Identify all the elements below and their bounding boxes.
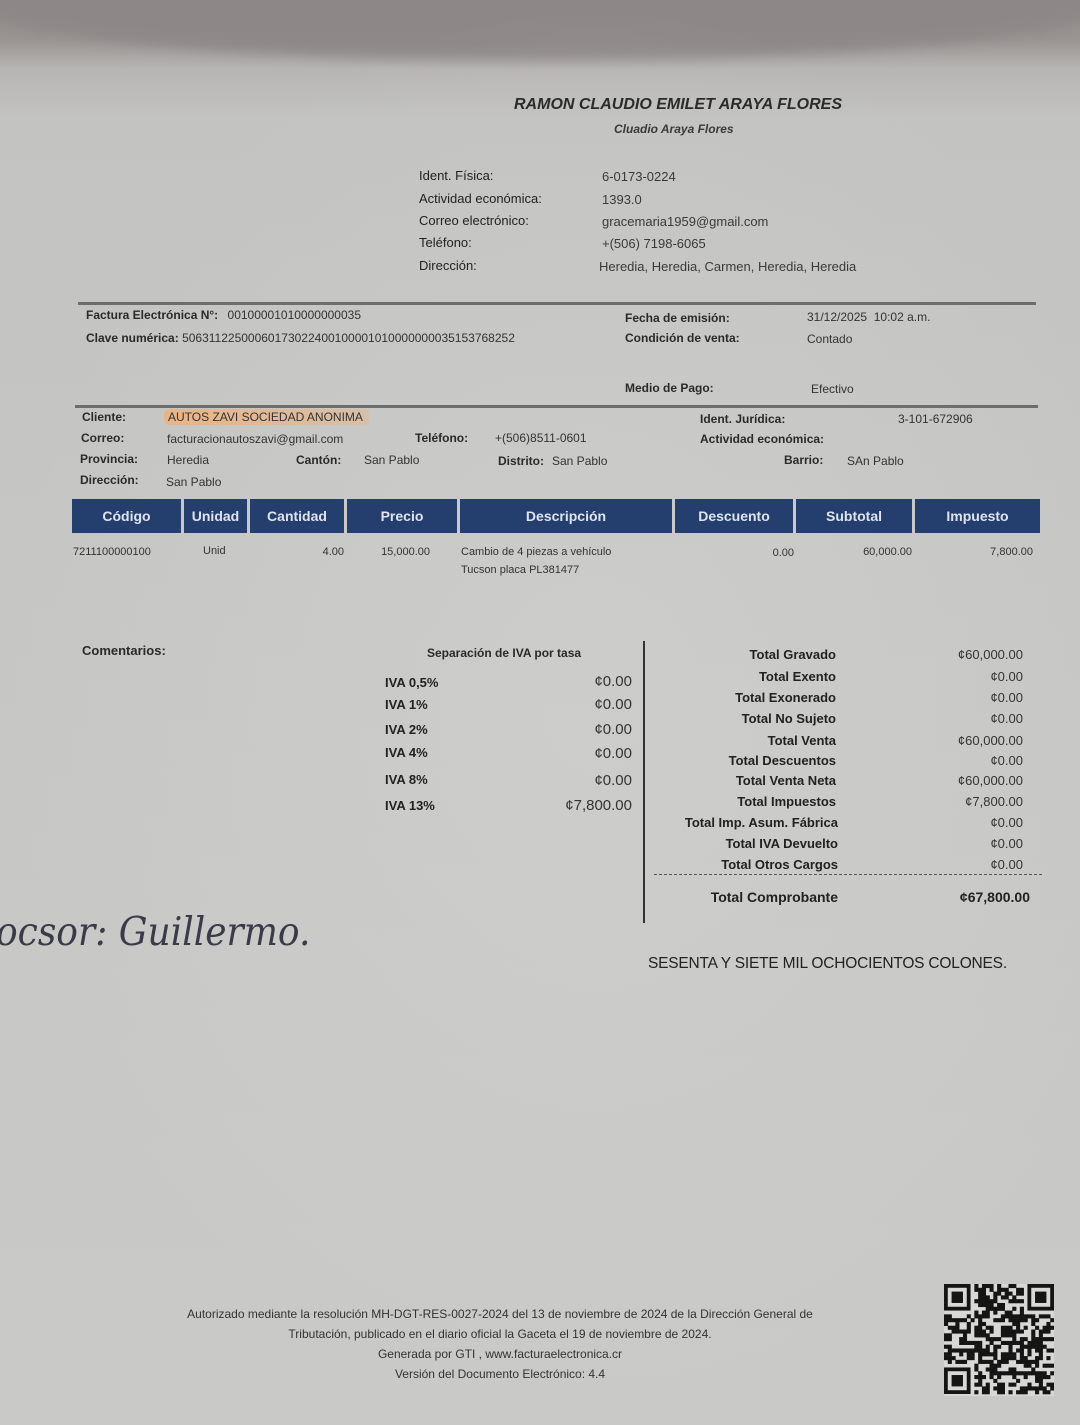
issuer-id-label: Ident. Física: xyxy=(419,168,493,183)
dashed-divider xyxy=(654,874,1042,875)
comments-label: Comentarios: xyxy=(82,643,166,658)
footer-line1: Autorizado mediante la resolución MH-DGT… xyxy=(140,1307,860,1321)
issuer-phone-label: Teléfono: xyxy=(419,235,472,250)
item-code: 7211100000100 xyxy=(73,546,151,558)
client-phone-label: Teléfono: xyxy=(415,431,468,445)
col-header-quantity: Cantidad xyxy=(250,499,344,533)
client-district-label: Distrito: xyxy=(498,454,544,468)
iva-rate-label: IVA 1% xyxy=(385,697,428,712)
footer-line3: Generada por GTI , www.facturaelectronic… xyxy=(140,1347,860,1361)
issuer-trade-name: Cluadio Araya Flores xyxy=(614,122,734,136)
invoice-key-label: Clave numérica: xyxy=(86,331,179,345)
handwritten-note: ocsor: Guillermo. xyxy=(0,910,310,955)
client-legal-id: 3-101-672906 xyxy=(898,412,973,426)
footer-line4: Versión del Documento Electrónico: 4.4 xyxy=(140,1367,860,1381)
client-address-label: Dirección: xyxy=(80,473,139,487)
date-label: Fecha de emisión: xyxy=(625,311,730,325)
client-email: facturacionautoszavi@gmail.com xyxy=(167,432,343,446)
client-province: Heredia xyxy=(167,453,209,467)
condition-value: Contado xyxy=(807,332,852,346)
footer-line2: Tributación, publicado en el diario ofic… xyxy=(140,1327,860,1341)
client-canton: San Pablo xyxy=(364,453,419,467)
total-value: ¢0.00 xyxy=(873,711,1023,726)
issuer-name: RAMON CLAUDIO EMILET ARAYA FLORES xyxy=(514,96,842,114)
date-value: 31/12/2025 10:02 a.m. xyxy=(807,310,930,324)
client-legal-id-label: Ident. Jurídica: xyxy=(700,412,785,426)
total-in-words: SESENTA Y SIETE MIL OCHOCIENTOS COLONES. xyxy=(648,955,1007,973)
issuer-email-label: Correo electrónico: xyxy=(419,213,529,228)
col-header-code: Código xyxy=(72,499,181,533)
item-subtotal: 60,000.00 xyxy=(830,546,912,558)
client-province-label: Provincia: xyxy=(80,452,138,466)
issuer-activity-value: 1393.0 xyxy=(602,192,642,207)
qr-code-icon xyxy=(944,1284,1054,1396)
invoice-key-row: Clave numérica: 506311225000601730224001… xyxy=(86,331,515,345)
total-label: Total Descuentos xyxy=(586,753,836,768)
client-phone: +(506)8511-0601 xyxy=(495,431,587,445)
payment-value: Efectivo xyxy=(811,382,854,396)
total-label: Total Venta Neta xyxy=(586,773,836,788)
col-header-discount: Descuento xyxy=(675,499,793,533)
item-description-line1: Cambio de 4 piezas a vehículo xyxy=(461,546,611,558)
divider-top xyxy=(78,302,1036,305)
total-value: ¢0.00 xyxy=(873,690,1023,705)
total-value: ¢60,000.00 xyxy=(873,647,1023,662)
total-value: ¢0.00 xyxy=(873,815,1023,830)
invoice-key: 5063112250006017302240010000101000000003… xyxy=(182,331,515,345)
total-label: Total Impuestos xyxy=(586,794,836,809)
client-neighborhood-label: Barrio: xyxy=(784,453,823,467)
issuer-id-value: 6-0173-0224 xyxy=(602,169,676,184)
total-label: Total Venta xyxy=(586,733,836,748)
iva-rate-label: IVA 13% xyxy=(385,798,435,813)
total-label: Total No Sujeto xyxy=(586,711,836,726)
iva-rate-label: IVA 4% xyxy=(385,745,428,760)
grand-total-value: ¢67,800.00 xyxy=(880,889,1030,905)
col-header-subtotal: Subtotal xyxy=(796,499,912,533)
issuer-activity-label: Actividad económica: xyxy=(419,191,542,206)
iva-breakdown-title: Separación de IVA por tasa xyxy=(427,646,581,660)
condition-label: Condición de venta: xyxy=(625,331,740,345)
client-name: AUTOS ZAVI SOCIEDAD ANONIMA xyxy=(164,409,369,425)
item-tax: 7,800.00 xyxy=(950,546,1033,558)
client-neighborhood: SAn Pablo xyxy=(847,454,904,468)
total-label: Total Exento xyxy=(586,669,836,684)
iva-rate-label: IVA 2% xyxy=(385,722,428,737)
total-label: Total Exonerado xyxy=(586,690,836,705)
item-quantity: 4.00 xyxy=(300,546,344,558)
total-label: Total Otros Cargos xyxy=(588,857,838,872)
iva-rate-label: IVA 0,5% xyxy=(385,675,438,690)
client-address: San Pablo xyxy=(166,475,221,489)
col-header-unit: Unidad xyxy=(184,499,247,533)
client-email-label: Correo: xyxy=(81,431,124,445)
total-value: ¢0.00 xyxy=(873,753,1023,768)
issuer-address-value: Heredia, Heredia, Carmen, Heredia, Hered… xyxy=(599,259,856,274)
client-activity-label: Actividad económica: xyxy=(700,432,824,446)
total-value: ¢0.00 xyxy=(873,857,1023,872)
col-header-price: Precio xyxy=(347,499,457,533)
invoice-page: RAMON CLAUDIO EMILET ARAYA FLORES Cluadi… xyxy=(0,0,1080,1425)
total-value: ¢0.00 xyxy=(873,669,1023,684)
issuer-email-value: gracemaria1959@gmail.com xyxy=(602,214,768,229)
item-discount: 0.00 xyxy=(720,547,794,559)
total-value: ¢0.00 xyxy=(873,836,1023,851)
total-value: ¢60,000.00 xyxy=(873,733,1023,748)
total-label: Total Imp. Asum. Fábrica xyxy=(588,815,838,830)
iva-rate-label: IVA 8% xyxy=(385,772,428,787)
divider-client xyxy=(75,405,1038,408)
col-header-description: Descripción xyxy=(460,499,672,533)
client-canton-label: Cantón: xyxy=(296,453,341,467)
issuer-phone-value: +(506) 7198-6065 xyxy=(602,236,706,251)
item-price: 15,000.00 xyxy=(350,546,430,558)
total-value: ¢60,000.00 xyxy=(873,773,1023,788)
invoice-number-row: Factura Electrónica N°: 0010000101000000… xyxy=(86,308,361,322)
total-label: Total IVA Devuelto xyxy=(588,836,838,851)
invoice-number-label: Factura Electrónica N°: xyxy=(86,308,218,322)
total-label: Total Gravado xyxy=(586,647,836,662)
issuer-address-label: Dirección: xyxy=(419,258,477,273)
payment-label: Medio de Pago: xyxy=(625,381,714,395)
client-name-label: Cliente: xyxy=(82,410,126,424)
item-description-line2: Tucson placa PL381477 xyxy=(461,564,579,576)
item-unit: Unid xyxy=(203,545,226,557)
invoice-number: 00100001010000000035 xyxy=(228,308,361,322)
client-district: San Pablo xyxy=(552,454,607,468)
col-header-tax: Impuesto xyxy=(915,499,1040,533)
total-value: ¢7,800.00 xyxy=(873,794,1023,809)
grand-total-label: Total Comprobante xyxy=(588,889,838,905)
